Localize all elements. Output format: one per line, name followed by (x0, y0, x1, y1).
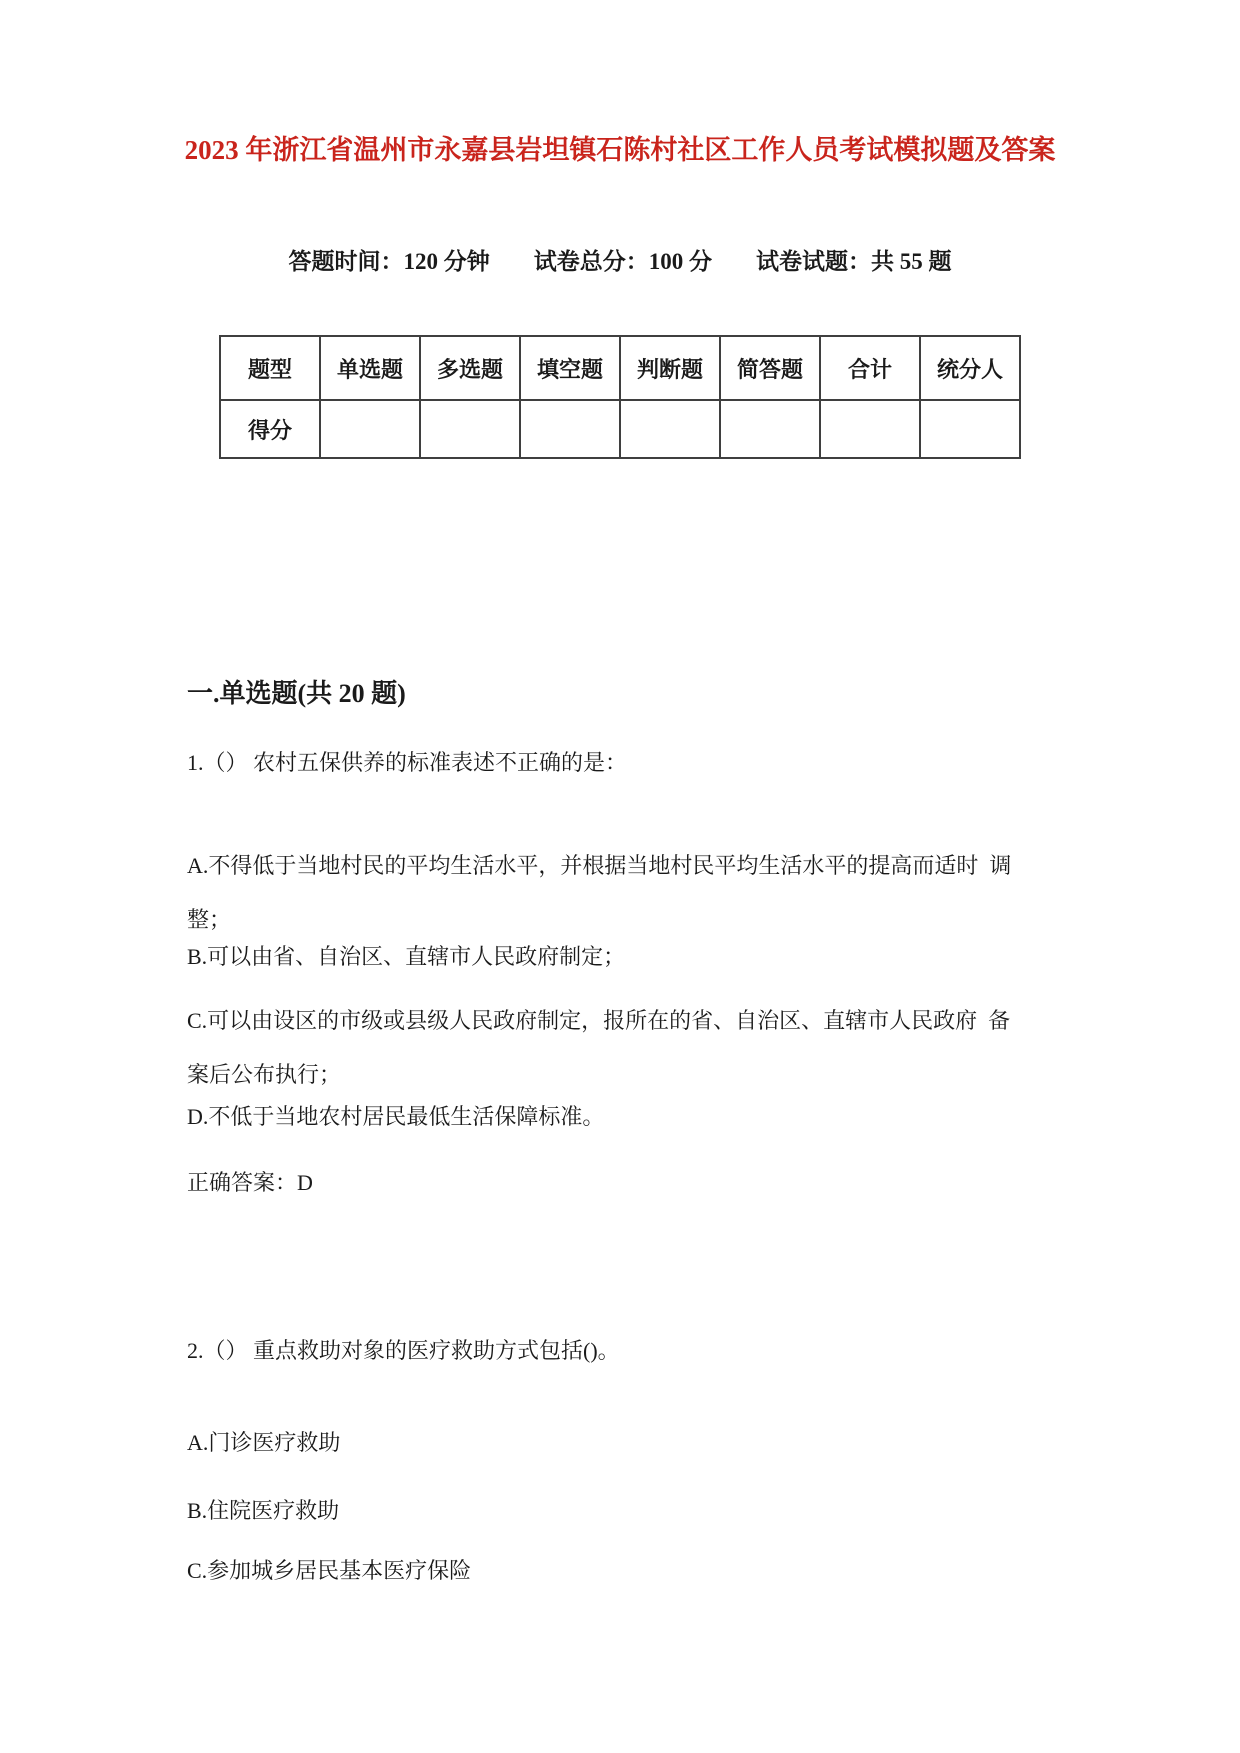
score-cell (720, 400, 820, 458)
exam-time: 答题时间：120 分钟 (289, 247, 490, 277)
score-row-label: 得分 (220, 400, 320, 458)
section-heading-single-choice: 一.单选题(共 20 题) (187, 678, 406, 710)
question-1-option-d: D.不低于当地农村居民最低生活保障标准。 (187, 1102, 1097, 1132)
score-cell (820, 400, 920, 458)
score-table-score-row: 得分 (220, 400, 1020, 458)
exam-total-score: 试卷总分：100 分 (534, 247, 712, 277)
score-cell (520, 400, 620, 458)
question-1-option-b: B.可以由省、自治区、直辖市人民政府制定； (187, 942, 1097, 972)
question-1-option-c: C.可以由设区的市级或县级人民政府制定，报所在的省、自治区、直辖市人民政府 备 … (187, 994, 1097, 1102)
question-2-option-b: B.住院医疗救助 (187, 1496, 1097, 1526)
question-2-option-a: A.门诊医疗救助 (187, 1428, 1097, 1458)
document-page: 2023 年浙江省温州市永嘉县岩坦镇石陈村社区工作人员考试模拟题及答案 答题时间… (0, 0, 1240, 1753)
question-1-option-a: A.不得低于当地村民的平均生活水平，并根据当地村民平均生活水平的提高而适时 调 … (187, 839, 1097, 947)
score-cell (420, 400, 520, 458)
score-table-header-scorer: 统分人 (920, 336, 1020, 400)
score-table-header-short-answer: 简答题 (720, 336, 820, 400)
question-2-option-c: C.参加城乡居民基本医疗保险 (187, 1556, 1097, 1586)
score-cell (320, 400, 420, 458)
score-table: 题型 单选题 多选题 填空题 判断题 简答题 合计 统分人 得分 (219, 335, 1021, 459)
score-table-header-row: 题型 单选题 多选题 填空题 判断题 简答题 合计 统分人 (220, 336, 1020, 400)
question-2-text: 2.（） 重点救助对象的医疗救助方式包括()。 (187, 1336, 1097, 1366)
score-cell (620, 400, 720, 458)
question-1-answer: 正确答案：D (187, 1168, 1097, 1198)
question-1-text: 1.（） 农村五保供养的标准表述不正确的是： (187, 748, 1097, 778)
exam-question-count: 试卷试题：共 55 题 (756, 247, 952, 277)
score-table-header-total: 合计 (820, 336, 920, 400)
score-table-header-question-type: 题型 (220, 336, 320, 400)
score-cell (920, 400, 1020, 458)
exam-meta-line: 答题时间：120 分钟 试卷总分：100 分 试卷试题：共 55 题 (0, 247, 1240, 277)
score-table-header-fill-blank: 填空题 (520, 336, 620, 400)
score-table-header-multi-choice: 多选题 (420, 336, 520, 400)
score-table-header-single-choice: 单选题 (320, 336, 420, 400)
score-table-header-true-false: 判断题 (620, 336, 720, 400)
page-title: 2023 年浙江省温州市永嘉县岩坦镇石陈村社区工作人员考试模拟题及答案 (0, 133, 1240, 167)
